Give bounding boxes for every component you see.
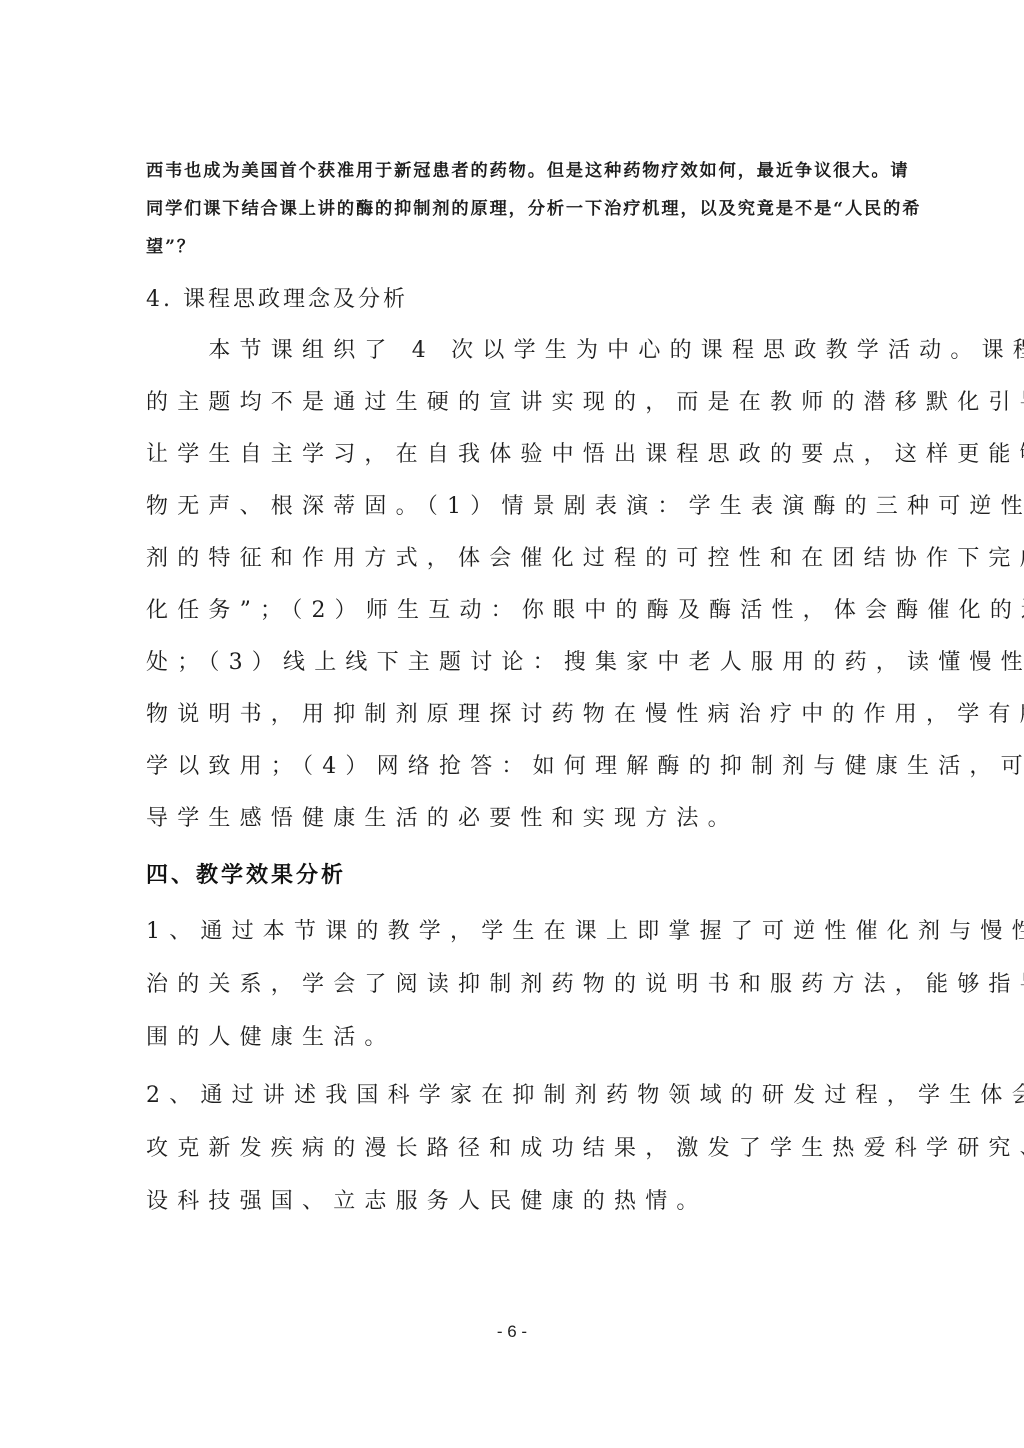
paragraph-line: 1、通过本节课的教学，学生在课上即掌握了可逆性催化剂与慢性病防 [146,914,1024,945]
section-heading-4: 4. 课程思政理念及分析 [146,282,408,313]
paragraph-line: 剂的特征和作用方式，体会催化过程的可控性和在团结协作下完成“催 [146,541,1024,572]
paragraph-line: 让学生自主学习，在自我体验中悟出课程思政的要点，这样更能够润 [146,437,1024,468]
section-heading-teaching-effect: 四、教学效果分析 [146,858,346,889]
document-page: 西韦也成为美国首个获准用于新冠患者的药物。但是这种药物疗效如何，最近争议很大。请… [0,0,1024,1448]
paragraph-line: 物说明书，用抑制剂原理探讨药物在慢性病治疗中的作用，学有所用， [146,697,1024,728]
paragraph-line: 处；（3）线上线下主题讨论：搜集家中老人服用的药，读懂慢性病药 [146,645,1024,676]
paragraph-line: 化任务”；（2）师生互动：你眼中的酶及酶活性，体会酶催化的过人之 [146,593,1024,624]
paragraph-line: 治的关系，学会了阅读抑制剂药物的说明书和服药方法，能够指导周 [146,967,1024,998]
paragraph-line: 设科技强国、立志服务人民健康的热情。 [146,1184,708,1215]
paragraph-line: 物无声、根深蒂固。（1）情景剧表演：学生表演酶的三种可逆性抑制 [146,489,1024,520]
intro-line: 同学们课下结合课上讲的酶的抑制剂的原理，分析一下治疗机理，以及究竟是不是“人民的… [146,194,921,219]
page-number: - 6 - [0,1322,1024,1342]
paragraph-line: 攻克新发疾病的漫长路径和成功结果，激发了学生热爱科学研究、建 [146,1131,1024,1162]
intro-line: 西韦也成为美国首个获准用于新冠患者的药物。但是这种药物疗效如何，最近争议很大。请 [146,156,910,181]
paragraph-line: 的主题均不是通过生硬的宣讲实现的，而是在教师的潜移默化引导下 [146,385,1024,416]
paragraph-line: 导学生感悟健康生活的必要性和实现方法。 [146,801,739,832]
intro-line: 望”？ [146,232,196,257]
paragraph-line: 学以致用；（4）网络抢答：如何理解酶的抑制剂与健康生活，可以引 [146,749,1024,780]
paragraph-line: 2、通过讲述我国科学家在抑制剂药物领域的研发过程，学生体会到了 [146,1078,1024,1109]
paragraph-line: 本节课组织了 4 次以学生为中心的课程思政教学活动。课程思政 [146,333,1024,364]
paragraph-line: 围的人健康生活。 [146,1020,396,1051]
